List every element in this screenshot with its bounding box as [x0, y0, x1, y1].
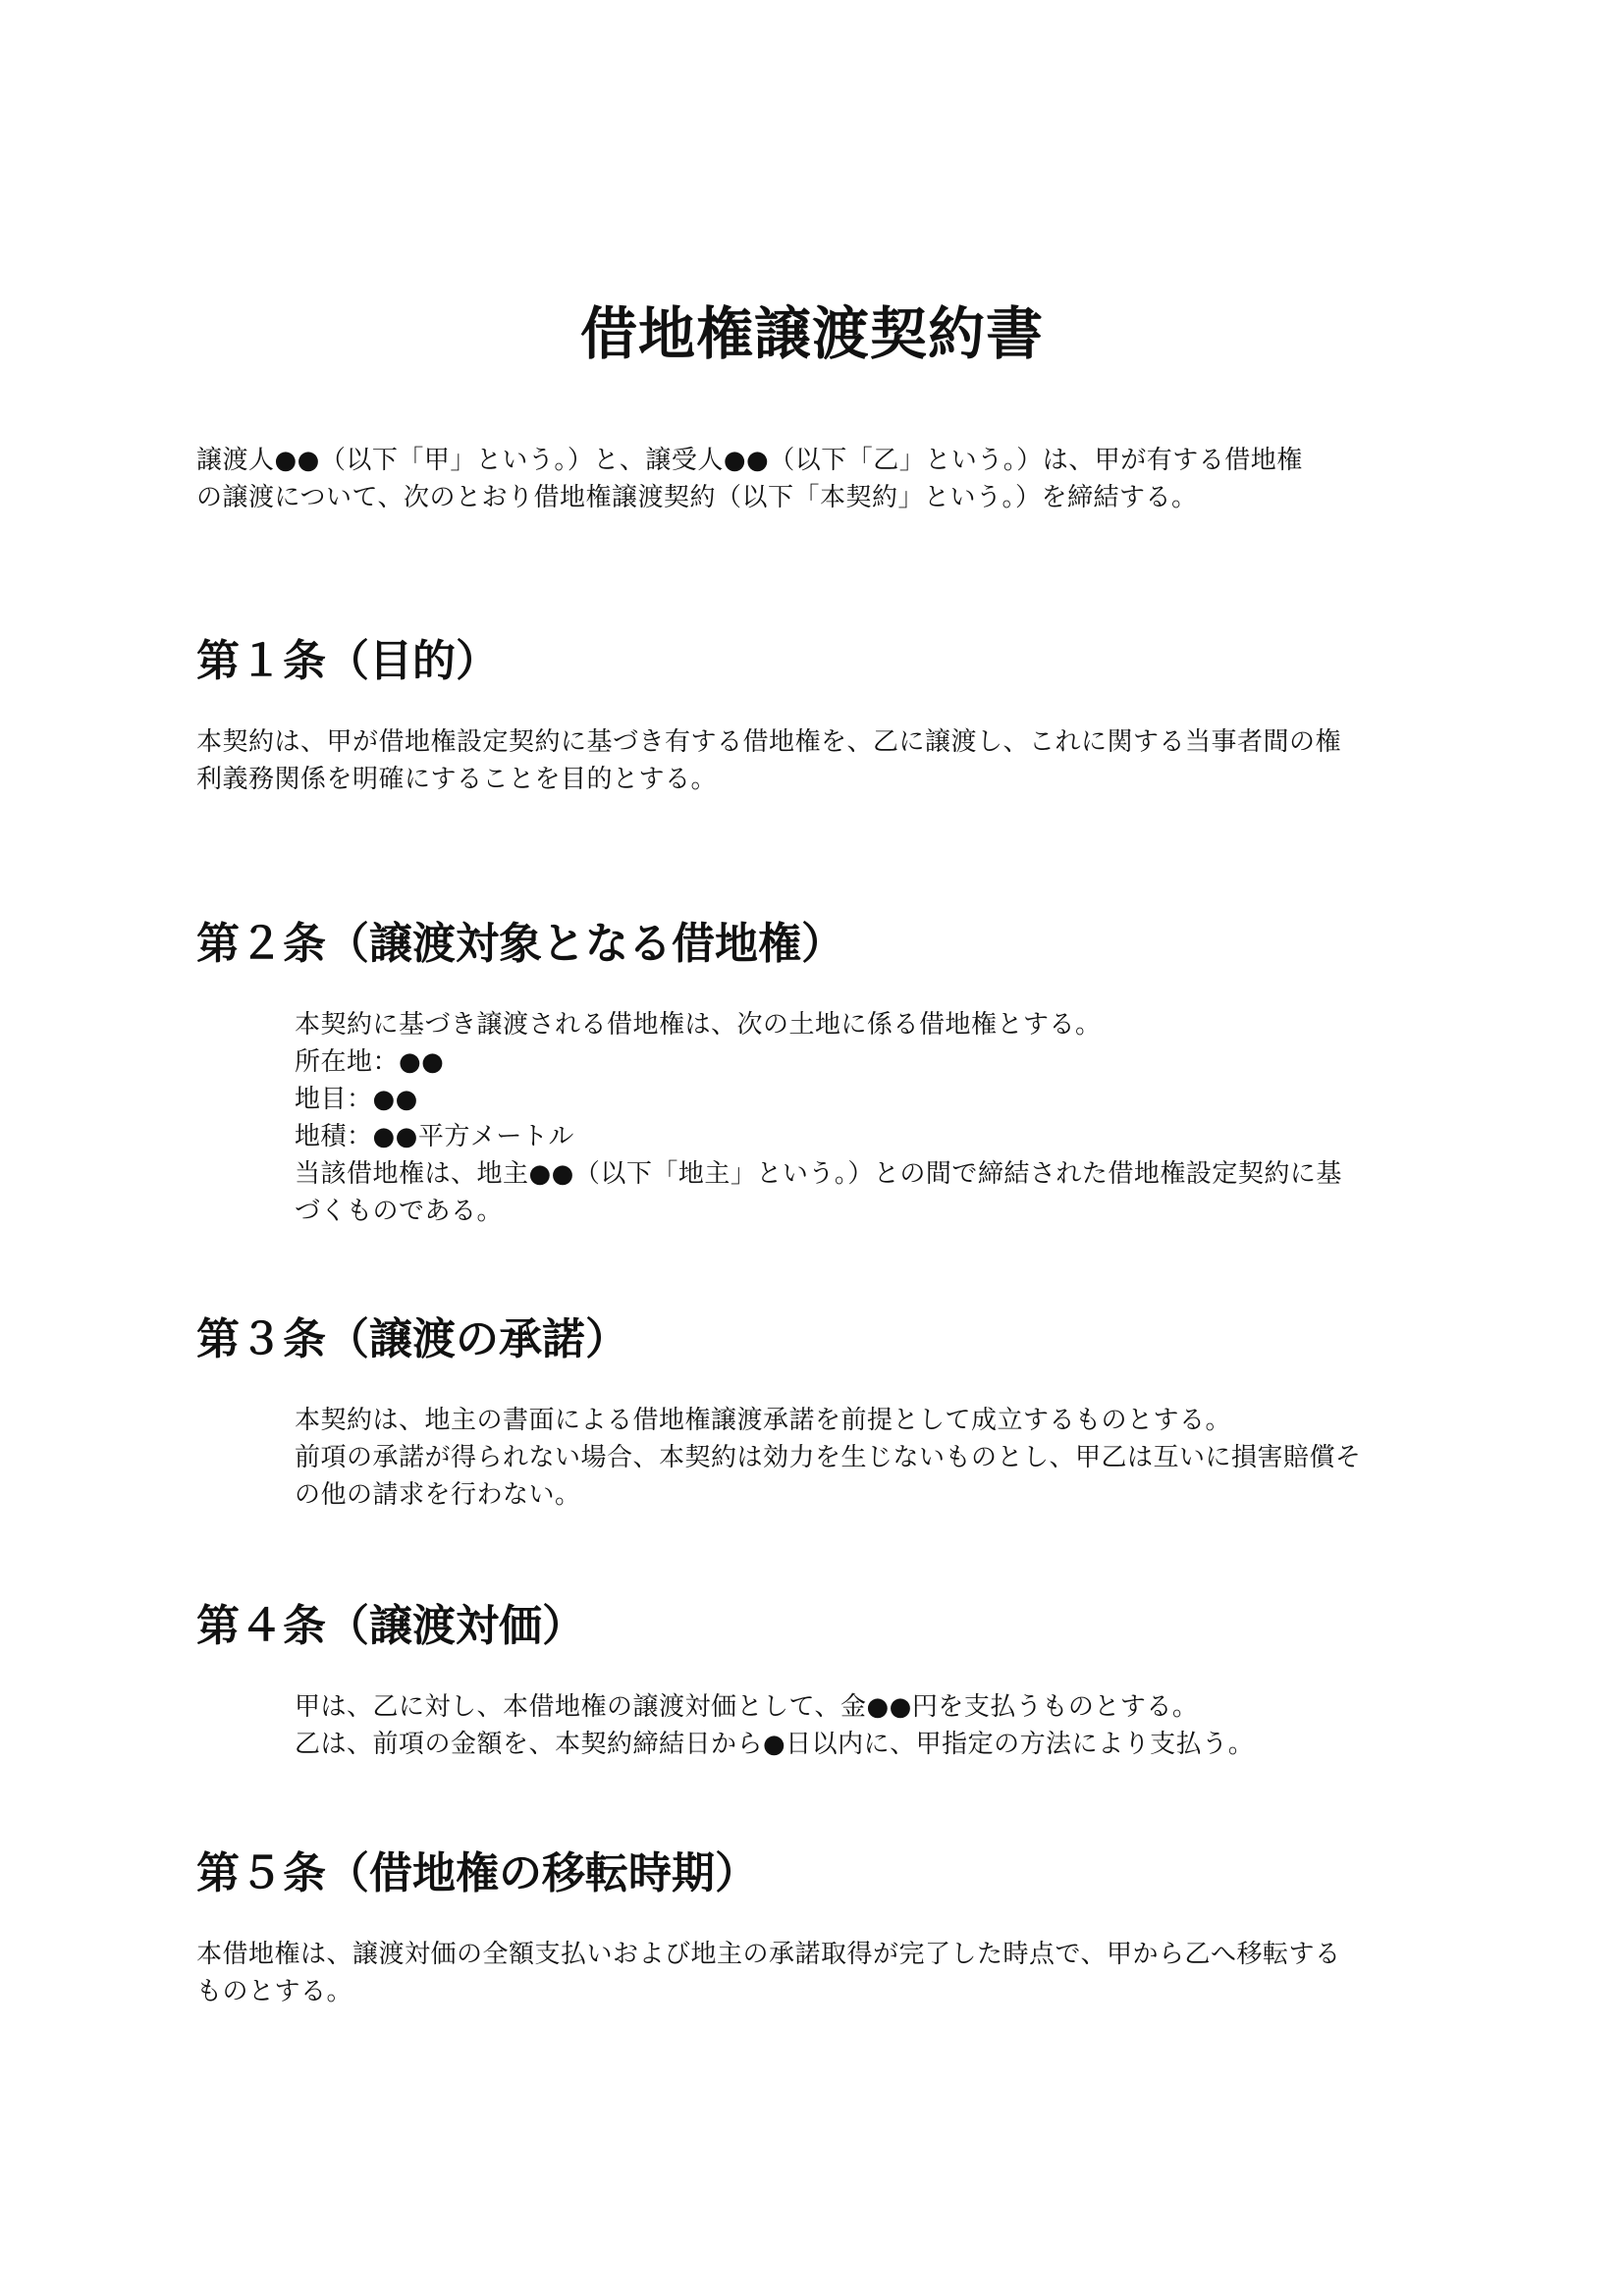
article-5-heading: 第５条（借地権の移転時期） [196, 1852, 758, 1896]
article-3-heading: 第３条（譲渡の承諾） [196, 1318, 628, 1362]
article-2-land-area: 地積：●●平方メートル [295, 1118, 1443, 1155]
article-1-body: 本契約は、甲が借地権設定契約に基づき有する借地権を、乙に譲渡し、これに関する当事… [196, 723, 1443, 798]
article-1-line: 利義務関係を明確にすることを目的とする。 [196, 761, 1443, 798]
article-4-line: 乙は、前項の金額を、本契約締結日から●日以内に、甲指定の方法により支払う。 [295, 1726, 1443, 1763]
article-5-line: ものとする。 [196, 1973, 1443, 2010]
preamble: 譲渡人●●（以下「甲」という。）と、譲受人●●（以下「乙」という。）は、甲が有す… [196, 442, 1443, 516]
article-2-location: 所在地：●● [295, 1043, 1443, 1081]
article-2-line: 当該借地権は、地主●●（以下「地主」という。）との間で締結された借地権設定契約に… [295, 1155, 1443, 1193]
article-3-line: 前項の承諾が得られない場合、本契約は効力を生じないものとし、甲乙は互いに損害賠償… [295, 1439, 1443, 1476]
article-2-land-category: 地目：●● [295, 1081, 1443, 1118]
article-4-body: 甲は、乙に対し、本借地権の譲渡対価として、金●●円を支払うものとする。 乙は、前… [295, 1688, 1443, 1763]
article-3-line: 本契約は、地主の書面による借地権譲渡承諾を前提として成立するものとする。 [295, 1402, 1443, 1439]
preamble-line: の譲渡について、次のとおり借地権譲渡契約（以下「本契約」という。）を締結する。 [196, 479, 1443, 516]
article-3-body: 本契約は、地主の書面による借地権譲渡承諾を前提として成立するものとする。 前項の… [295, 1402, 1443, 1514]
article-3-line: の他の請求を行わない。 [295, 1476, 1443, 1514]
article-2-body: 本契約に基づき譲渡される借地権は、次の土地に係る借地権とする。 所在地：●● 地… [295, 1006, 1443, 1230]
article-1-line: 本契約は、甲が借地権設定契約に基づき有する借地権を、乙に譲渡し、これに関する当事… [196, 723, 1443, 761]
article-2-line: 本契約に基づき譲渡される借地権は、次の土地に係る借地権とする。 [295, 1006, 1443, 1043]
preamble-line: 譲渡人●●（以下「甲」という。）と、譲受人●●（以下「乙」という。）は、甲が有す… [196, 442, 1443, 479]
article-5-line: 本借地権は、譲渡対価の全額支払いおよび地主の承諾取得が完了した時点で、甲から乙へ… [196, 1936, 1443, 1973]
document-title: 借地権譲渡契約書 [0, 305, 1624, 362]
article-2-line: づくものである。 [295, 1193, 1443, 1230]
article-4-line: 甲は、乙に対し、本借地権の譲渡対価として、金●●円を支払うものとする。 [295, 1688, 1443, 1726]
article-1-heading: 第１条（目的） [196, 640, 499, 683]
document-page: 借地権譲渡契約書 譲渡人●●（以下「甲」という。）と、譲受人●●（以下「乙」とい… [0, 0, 1624, 2296]
article-5-body: 本借地権は、譲渡対価の全額支払いおよび地主の承諾取得が完了した時点で、甲から乙へ… [196, 1936, 1443, 2010]
article-2-heading: 第２条（譲渡対象となる借地権） [196, 923, 844, 966]
article-4-heading: 第４条（譲渡対価） [196, 1605, 585, 1648]
